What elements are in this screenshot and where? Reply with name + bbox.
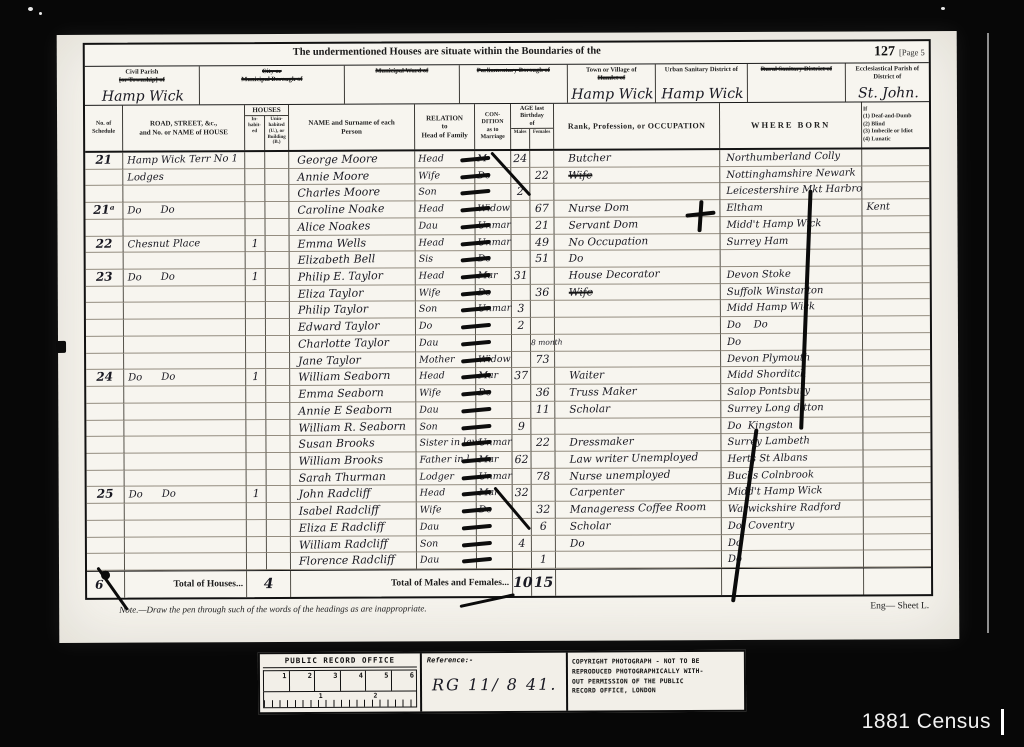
cell-name: William Seaborn [290,369,416,386]
cell-occupation: Law writer Unemployed [556,451,722,468]
cell-inhabited: 1 [246,369,266,386]
cell-inhabited [246,319,266,336]
cell-relation: Wife [416,385,476,402]
district-cell: Urban Sanitary District of Hamp Wick [656,64,748,102]
cell-occupation: Manageress Coffee Room [556,501,722,518]
cell-relation: Dau [416,402,476,419]
cell-infirmity [864,517,931,534]
cell-relation: Wife [416,285,476,302]
cell-occupation: Wife [555,284,721,301]
cell-where-born: Leicestershire Mkt Harbro [720,183,862,200]
cell-infirmity [864,500,931,517]
cell-uninhabited [266,252,290,269]
cell-age-female: 49 [531,234,555,251]
col-infirmity: If (1) Deaf-and-Dumb (2) Blind (3) Imbec… [862,102,929,147]
cell-infirmity [863,333,930,350]
cell-schedule: 23 [86,270,124,287]
cell-age-female: 22 [531,435,555,452]
cell-name: Isabel Radcliff [291,502,417,519]
reference-value: RG 11/ 8 41. [432,675,558,695]
cell-relation: Son [415,185,475,202]
page-number: 127 [Page 5 [874,42,925,60]
cell-age-male: 24 [511,151,530,168]
cell-inhabited [245,202,265,219]
cell-name: Alice Noakes [289,218,415,235]
cell-where-born: Midd't Hamp Wick [722,484,864,501]
cell-uninhabited [265,202,289,219]
cell-age-female [532,452,556,469]
cell-name: Annie E Seaborn [290,402,416,419]
pro-office-title: PUBLIC RECORD OFFICE [263,655,417,668]
cell-age-male: 3 [512,301,531,318]
table-header: No. of Schedule ROAD, STREET, &c., and N… [85,102,929,153]
cell-schedule [85,220,123,237]
cell-schedule [87,554,125,571]
cell-where-born: Surrey Long ditton [721,400,863,417]
cell-schedule [86,337,124,354]
cell-age-male [512,385,531,402]
cell-name: Caroline Noake [289,202,415,219]
cell-age-female [530,184,554,201]
cell-road: Do Do [124,269,246,286]
cell-inhabited [247,537,267,554]
cell-inhabited [247,553,267,570]
cell-age-male [511,201,530,218]
cell-where-born: Midd't Hamp Wick [720,216,862,233]
cell-schedule: 24 [86,370,124,387]
col-uninhabited: Unin- habited (U.), or Building (B.) [265,116,288,150]
pro-ruler-section: PUBLIC RECORD OFFICE 123456 12 [260,653,422,712]
cell-inhabited [246,353,266,370]
film-speck [941,7,945,10]
cell-occupation: Do [556,535,722,552]
cell-schedule [87,537,125,554]
film-caption-bar [1001,709,1004,735]
cell-inhabited [246,336,266,353]
cell-schedule [86,403,124,420]
cell-where-born: Midd Shorditch [721,367,863,384]
cell-schedule [86,286,124,303]
cell-infirmity [864,467,931,484]
col-name: NAME and Surname of each Person [289,104,415,150]
cell-age-female: 36 [531,285,555,302]
cell-uninhabited [266,302,290,319]
total-males-females-label: Total of Males and Females... [291,570,513,597]
cell-uninhabited [266,369,290,386]
cell-name: George Moore [289,151,415,168]
cell-road [124,436,246,453]
district-cell: Parliamentary Borough of [460,65,568,103]
cell-schedule [86,420,124,437]
cell-relation: Son [416,419,476,436]
cell-road: Lodges [123,169,245,186]
cell-uninhabited [267,453,291,470]
cell-where-born: Devon Stoke [721,266,863,283]
cell-name: Charlotte Taylor [290,335,416,352]
cell-occupation: Wife [554,167,720,184]
film-caption: 1881 Census [862,709,1004,735]
cell-schedule [86,320,124,337]
cell-infirmity [864,550,931,567]
cell-road [123,219,245,236]
district-band: Civil Parish[or Township] of Hamp Wick C… [85,63,929,106]
cell-occupation [556,551,722,568]
cell-where-born: Northumberland Colly [720,149,862,166]
cell-age-female: 51 [531,251,555,268]
cell-road [125,537,247,554]
cell-name: William Radcliff [291,536,417,553]
cell-age-male [512,251,531,268]
cell-occupation: Butcher [554,150,720,167]
cell-age-male [513,552,532,569]
cell-age-female: 32 [532,502,556,519]
cell-age-male: 9 [512,418,531,435]
col-inhabited: In- habit- ed [245,116,265,150]
cell-infirmity [863,300,930,317]
cell-relation: Son [416,302,476,319]
cell-age-male [512,402,531,419]
cell-relation: Sister in law [416,435,476,452]
cell-occupation: Dressmaker [555,434,721,451]
total-houses-label: Total of Houses... [125,571,247,598]
cell-where-born: Do Do [721,317,863,334]
district-cell: City orMunicipal Borough of [200,66,345,105]
cell-uninhabited [266,236,290,253]
cell-age-female: 73 [531,351,555,368]
cell-relation: Sis [416,251,476,268]
cell-inhabited [245,219,265,236]
cell-infirmity [862,183,929,200]
cell-road [124,319,246,336]
cell-schedule [85,186,123,203]
cell-inhabited [247,503,267,520]
cell-infirmity [863,417,930,434]
footer-note: Note.—Draw the pen through such of the w… [119,603,426,614]
boundaries-heading: The undermentioned Houses are situate wi… [85,45,809,59]
copyright-text: COPYRIGHT PHOTOGRAPH - NOT TO BE REPRODU… [572,657,740,697]
cell-relation: Wife [415,168,475,185]
census-page: The undermentioned Houses are situate wi… [57,31,960,643]
cell-road [123,186,245,203]
cell-infirmity [863,249,930,266]
cell-inhabited [245,185,265,202]
cell-infirmity [863,316,930,333]
cell-relation: Head [415,151,475,168]
district-cell: Civil Parish[or Township] of Hamp Wick [85,66,200,105]
cell-uninhabited [267,553,291,570]
cell-schedule [86,353,124,370]
pro-stamp: PUBLIC RECORD OFFICE 123456 12 Reference… [258,650,746,715]
cell-inhabited [247,520,267,537]
cell-name: Elizabeth Bell [290,252,416,269]
cell-age-female: 1 [532,552,556,569]
cell-occupation: Truss Maker [555,384,721,401]
cell-occupation: Scholar [556,518,722,535]
col-occupation: Rank, Profession, or OCCUPATION [554,103,720,149]
cell-uninhabited [265,185,289,202]
cell-age-female [532,535,556,552]
cell-name: Charles Moore [289,185,415,202]
district-cell: Ecclesiastical Parish ofDistrict of St. … [846,63,929,101]
cell-where-born: Do [721,333,863,350]
cell-uninhabited [265,219,289,236]
cell-schedule [87,454,125,471]
district-label: Municipal Ward of [345,65,459,76]
cell-occupation [555,317,721,334]
district-label: Civil Parish[or Township] of [85,66,199,85]
district-label: Rural Sanitary District of [748,64,845,75]
cell-age-male [511,218,530,235]
col-relation: RELATION to Head of Family [415,104,475,149]
cell-uninhabited [265,152,289,169]
cell-age-female [531,268,555,285]
ink-blot [101,571,110,580]
cell-age-female [531,301,555,318]
cell-age-female: 67 [530,201,554,218]
cell-inhabited [246,252,266,269]
cell-road: Do Do [125,487,247,504]
cell-road [124,420,246,437]
district-label: City orMunicipal Borough of [200,66,344,85]
cell-uninhabited [266,286,290,303]
cell-infirmity [863,433,930,450]
cell-inhabited: 1 [246,236,266,253]
cell-uninhabited [265,169,289,186]
cell-age-male [512,335,531,352]
total-houses-value: 4 [247,571,291,597]
cell-age-female: 21 [530,218,554,235]
sheet-label: Eng— Sheet L. [870,601,929,611]
cell-uninhabited [267,520,291,537]
totals-empty-born [722,568,864,595]
cell-inhabited [246,436,266,453]
cell-age-female [532,485,556,502]
cell-infirmity [863,400,930,417]
district-value: Hamp Wick [570,86,655,102]
district-cell: Municipal Ward of [345,65,460,104]
cell-relation: Father in l [417,452,477,469]
cell-schedule [86,387,124,404]
cell-where-born: Surrey Lambeth [721,434,863,451]
cell-uninhabited [266,269,290,286]
col-condition: CON- DITION as to Marriage [475,104,511,149]
cell-uninhabited [266,403,290,420]
cell-age-female: 11 [531,402,555,419]
cell-relation: Dau [417,552,477,569]
cell-road: Hamp Wick Terr No 1 [123,152,245,169]
cell-occupation: Waiter [555,367,721,384]
cell-name: John Radcliff [291,486,417,503]
cell-occupation: Servant Dom [554,217,720,234]
cell-uninhabited [267,486,291,503]
cell-name: Philip E. Taylor [290,268,416,285]
cell-age-male: 62 [513,452,532,469]
pro-copyright-section: COPYRIGHT PHOTOGRAPH - NOT TO BE REPRODU… [568,652,744,711]
cell-inhabited [245,169,265,186]
cell-inhabited [246,386,266,403]
col-age-group: AGE last Birthday of Males Females [511,104,554,149]
cell-road [125,553,247,570]
cell-name: Edward Taylor [290,319,416,336]
page-suffix: [Page 5 [899,47,925,57]
cell-relation: Wife [417,502,477,519]
cell-age-male: 37 [512,368,531,385]
cell-uninhabited [266,353,290,370]
reference-label: Reference:- [427,656,561,665]
cell-inhabited [246,286,266,303]
cell-uninhabited [267,536,291,553]
district-cell: Town or Village ofHamlet of Hamp Wick [568,64,656,102]
cell-name: Sarah Thurman [291,469,417,486]
cell-name: William Brooks [291,452,417,469]
col-age-title: AGE last Birthday of [511,104,553,129]
cell-infirmity [862,216,929,233]
cell-occupation: House Decorator [555,267,721,284]
col-age-females: Females [530,129,553,149]
cell-age-male [513,469,532,486]
cell-age-male: 4 [513,535,532,552]
cell-age-male: 31 [512,268,531,285]
cell-road [124,286,246,303]
cell-infirmity [863,266,930,283]
cell-uninhabited [266,319,290,336]
cell-uninhabited [266,436,290,453]
cell-road [124,252,246,269]
cell-age-male [512,435,531,452]
cell-relation: Lodger [417,469,477,486]
district-value: Hamp Wick [87,88,199,104]
cell-infirmity [863,367,930,384]
cell-name: Emma Seaborn [290,385,416,402]
cell-age-female [531,368,555,385]
col-age-males: Males [511,129,530,149]
cell-infirmity [863,383,930,400]
cell-relation: Dau [417,519,477,536]
folio-number: 127 [874,44,895,59]
cell-road [124,336,246,353]
cell-relation: Head [417,486,477,503]
cell-where-born: Herts St Albans [721,450,863,467]
cell-name: William R. Seaborn [290,419,416,436]
cell-road [125,470,247,487]
cell-where-born: Salop Pontsbury [721,384,863,401]
cell-road: Do Do [124,369,246,386]
cell-age-female: 6 [532,519,556,536]
col-schedule: No. of Schedule [85,106,123,151]
cell-name: Jane Taylor [290,352,416,369]
cell-inhabited [246,420,266,437]
cm-ruler: 12 [263,690,417,708]
cell-road: Chesnut Place [124,236,246,253]
cell-road [124,386,246,403]
cell-relation: Dau [415,218,475,235]
cell-schedule: 22 [86,236,124,253]
cell-schedule [85,169,123,186]
inch-ruler: 123456 [263,669,417,691]
col-road: ROAD, STREET, &c., and No. or NAME of HO… [123,105,245,151]
cell-infirmity [862,149,929,166]
cell-infirmity [864,484,931,501]
cell-infirmity [863,450,930,467]
cell-schedule [86,437,124,454]
cell-age-female: 22 [530,168,554,185]
cell-road [124,353,246,370]
film-speck [28,7,33,11]
cell-occupation: Do [555,250,721,267]
cell-where-born: Do [722,551,864,568]
cell-schedule [86,303,124,320]
cell-schedule: 25 [87,487,125,504]
col-houses-title: HOUSES [245,105,288,117]
cell-inhabited: 1 [247,486,267,503]
cell-uninhabited [266,386,290,403]
cell-where-born: Midd Hamp Wick [721,300,863,317]
cell-age-female [531,418,555,435]
cell-name: Florence Radcliff [291,553,417,570]
cell-inhabited [247,453,267,470]
pro-reference-section: Reference:- RG 11/ 8 41. [422,653,568,712]
cell-schedule: 21ᵃ [85,203,123,220]
total-males-value: 10 [513,570,532,596]
district-label: Ecclesiastical Parish ofDistrict of [846,63,929,82]
cell-infirmity [864,534,931,551]
film-edge-line [987,33,989,633]
col-born: WHERE BORN [720,102,862,148]
cell-road [124,403,246,420]
district-value: Hamp Wick [658,86,747,102]
cell-age-female: 78 [532,468,556,485]
cell-road [125,453,247,470]
cell-infirmity [863,283,930,300]
cell-road [124,303,246,320]
cell-occupation [555,334,721,351]
cell-where-born: Do Kingston [721,417,863,434]
cell-uninhabited [266,419,290,436]
footer-line: Note.—Draw the pen through such of the w… [89,601,929,615]
cell-age-male [512,352,531,369]
district-label: Town or Village ofHamlet of [568,64,655,83]
district-label: Urban Sanitary District of [656,64,747,75]
cell-infirmity [863,350,930,367]
cell-inhabited [246,303,266,320]
cell-name: Eliza E Radcliff [291,519,417,536]
district-value: St. John. [848,85,929,101]
cell-road [125,520,247,537]
cell-relation: Son [417,536,477,553]
cell-relation: Mother [416,352,476,369]
cell-uninhabited [267,470,291,487]
cell-where-born [721,250,863,267]
cell-occupation: Scholar [555,401,721,418]
district-label: Parliamentary Borough of [460,65,567,76]
totals-empty-infirmity [864,568,931,594]
ink-blot [56,341,66,353]
cell-age-female [531,318,555,335]
cell-uninhabited [267,503,291,520]
cell-where-born: Eltham [720,200,862,217]
cell-age-male: 32 [513,485,532,502]
film-caption-text: 1881 Census [862,710,991,734]
cell-inhabited [245,152,265,169]
cell-age-male [512,234,531,251]
cell-inhabited: 1 [246,269,266,286]
cell-schedule: 21 [85,153,123,170]
cell-relation: Head [415,201,475,218]
cell-age-male: 2 [512,318,531,335]
cell-name: Emma Wells [290,235,416,252]
cell-inhabited [247,470,267,487]
cell-where-born: Surrey Ham [721,233,863,250]
